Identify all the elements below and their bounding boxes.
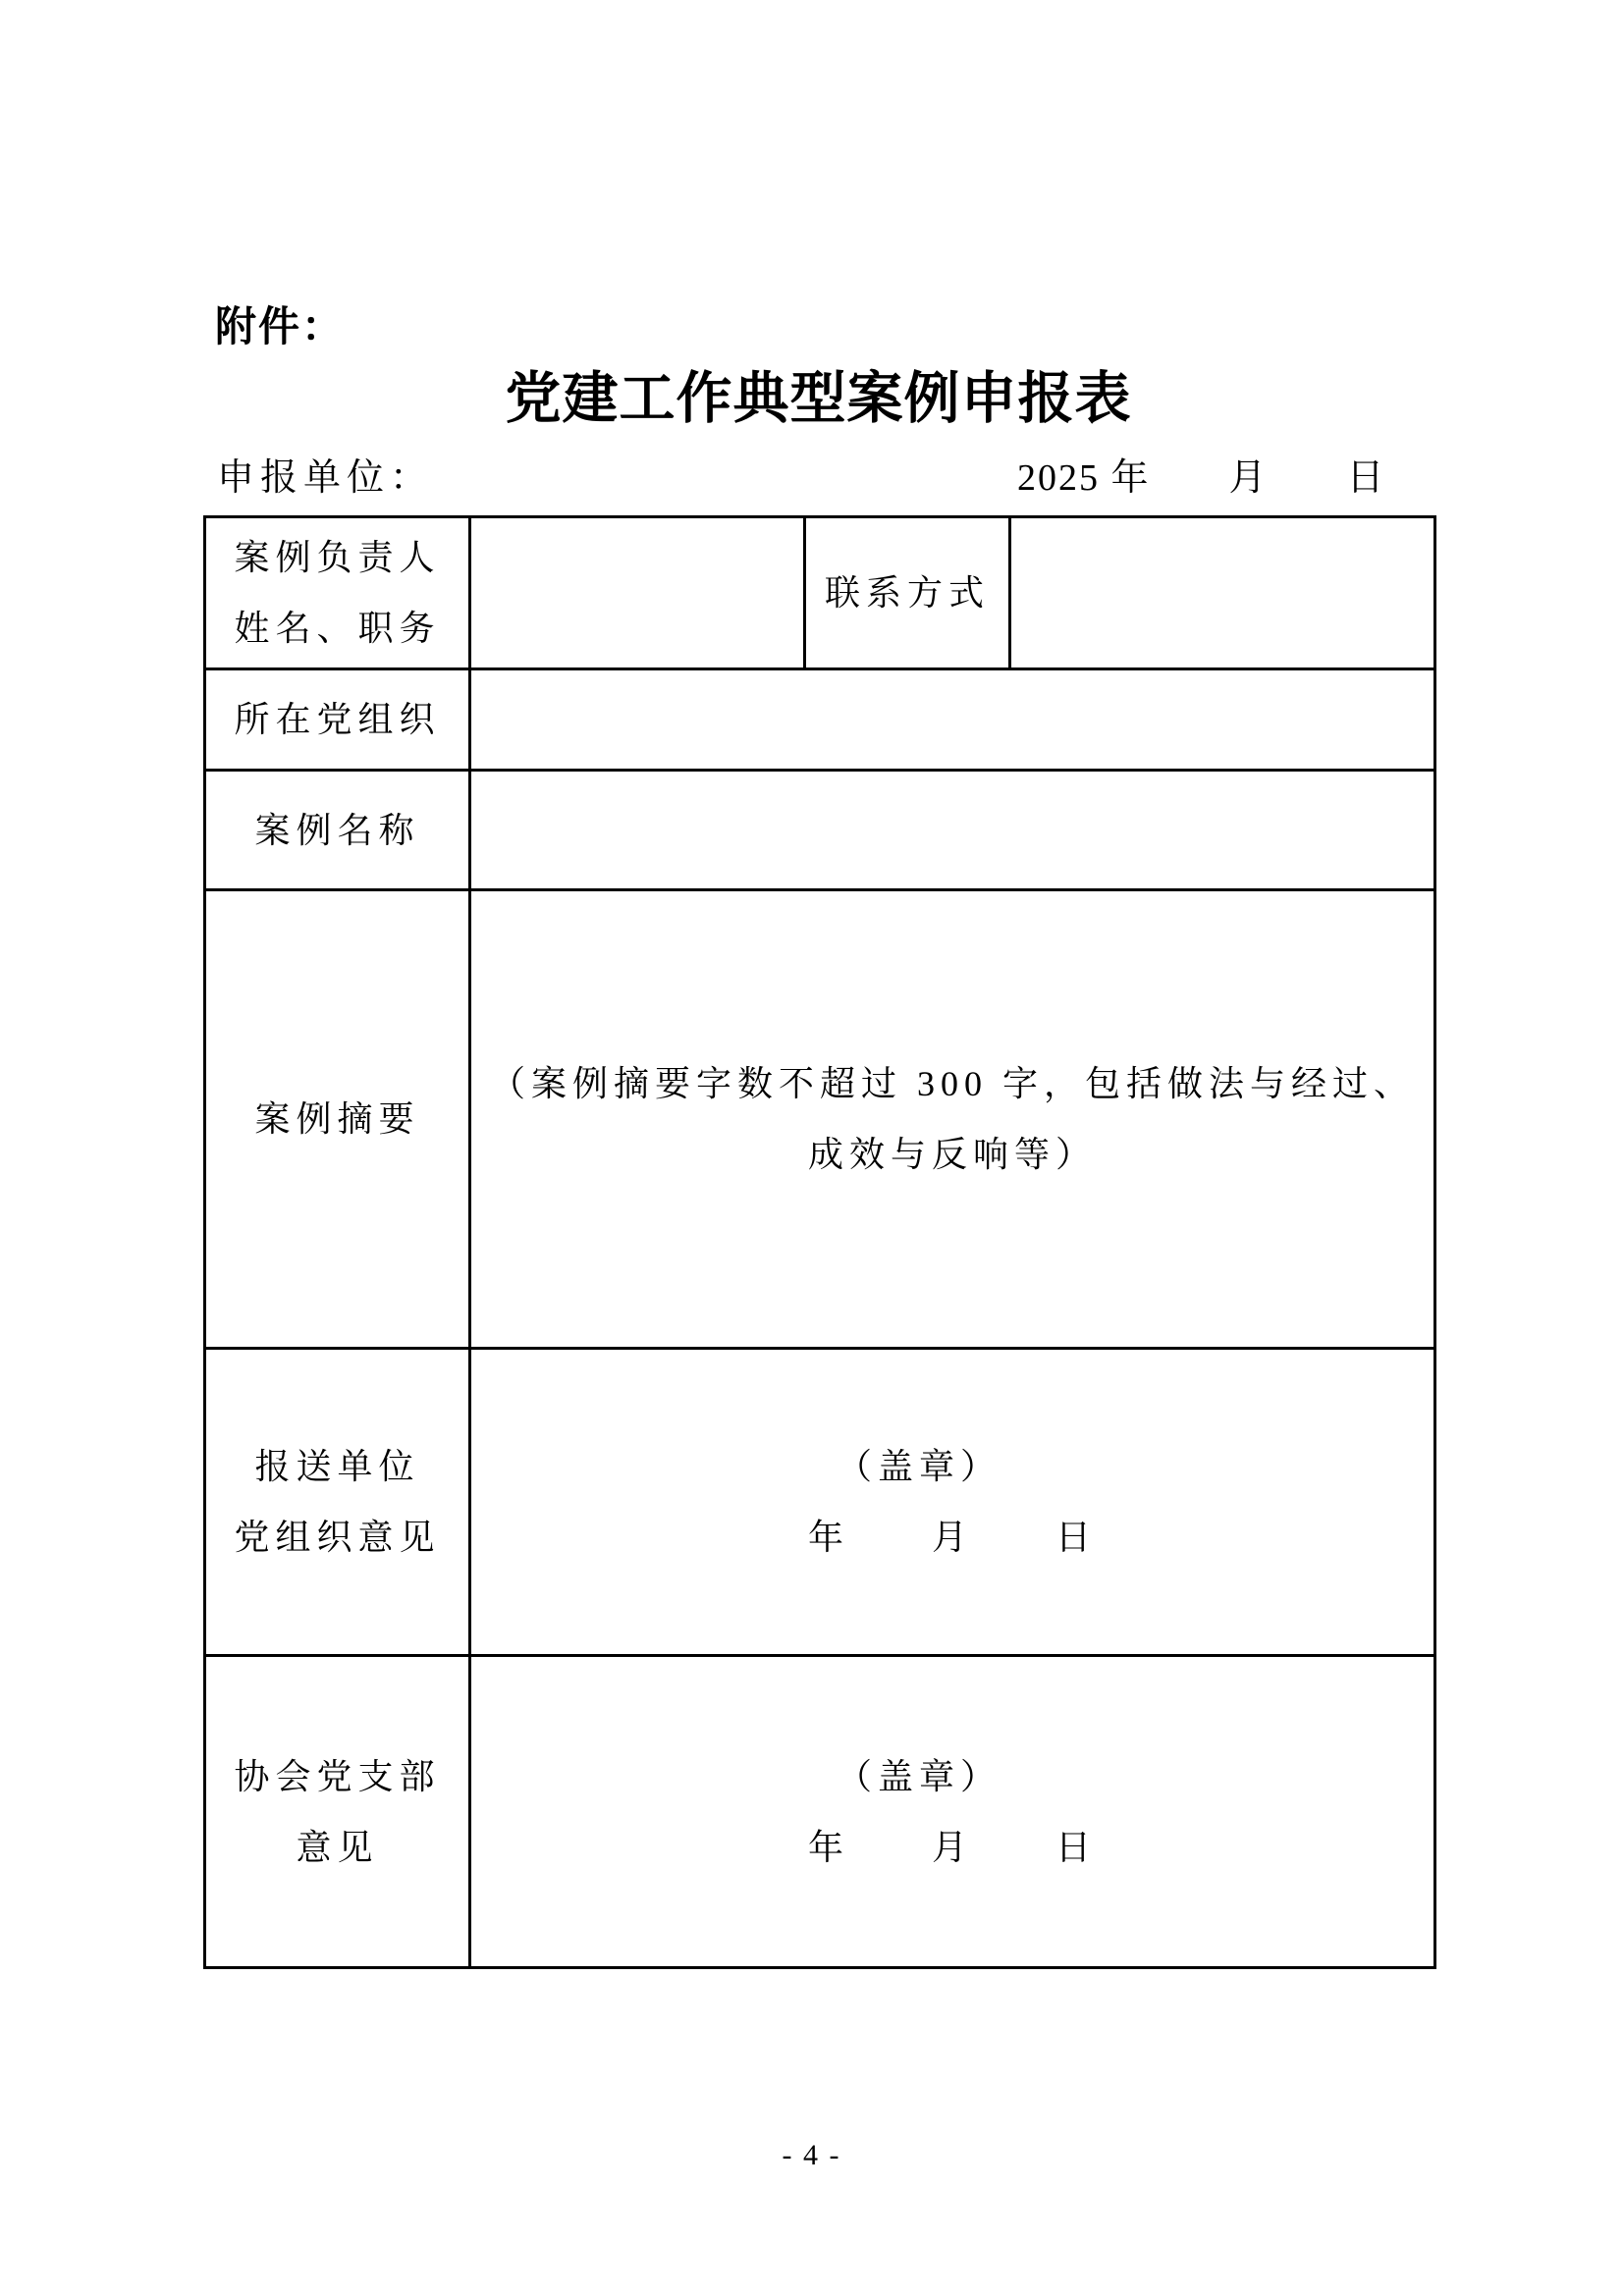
table-row-association-branch-opinion: 协会党支部 意见 （盖章） 年 月 日 [205, 1656, 1435, 1968]
submitting-org-opinion-label-line1: 报送单位 [206, 1431, 468, 1502]
association-branch-opinion-label: 协会党支部 意见 [205, 1656, 470, 1968]
contact-label: 联系方式 [805, 517, 1010, 669]
party-organization-label: 所在党组织 [205, 669, 470, 771]
case-summary-note-line2: 成效与反响等） [471, 1119, 1434, 1190]
association-branch-date-blank: 年 月 日 [471, 1812, 1434, 1883]
submitting-org-date-blank: 年 月 日 [471, 1502, 1434, 1573]
table-row-case-leader: 案例负责人 姓名、职务 联系方式 [205, 517, 1435, 669]
submitting-org-opinion-label-line2: 党组织意见 [206, 1502, 468, 1573]
form-title: 党建工作典型案例申报表 [203, 365, 1434, 432]
association-branch-opinion-label-line2: 意见 [206, 1812, 468, 1883]
application-form-table: 案例负责人 姓名、职务 联系方式 所在党组织 案例名称 案例摘要 （案例摘要字数… [203, 515, 1436, 1969]
case-leader-label: 案例负责人 姓名、职务 [205, 517, 470, 669]
table-row-submitting-org-opinion: 报送单位 党组织意见 （盖章） 年 月 日 [205, 1349, 1435, 1656]
document-page: 附件： 党建工作典型案例申报表 申报单位： 2025 年 月 日 案例负责人 姓… [0, 0, 1623, 2296]
association-branch-opinion-label-line1: 协会党支部 [206, 1741, 468, 1812]
case-summary-input-cell[interactable]: （案例摘要字数不超过 300 字，包括做法与经过、 成效与反响等） [470, 890, 1435, 1349]
table-row-case-summary: 案例摘要 （案例摘要字数不超过 300 字，包括做法与经过、 成效与反响等） [205, 890, 1435, 1349]
case-leader-label-line1: 案例负责人 [206, 522, 468, 593]
submitting-org-opinion-cell[interactable]: （盖章） 年 月 日 [470, 1349, 1435, 1656]
attachment-label: 附件： [215, 302, 345, 351]
association-branch-opinion-cell[interactable]: （盖章） 年 月 日 [470, 1656, 1435, 1968]
contact-value-cell[interactable] [1010, 517, 1435, 669]
case-name-label: 案例名称 [205, 771, 470, 890]
submitting-org-opinion-label: 报送单位 党组织意见 [205, 1349, 470, 1656]
page-number: - 4 - [0, 2138, 1623, 2173]
case-leader-value-cell[interactable] [470, 517, 805, 669]
declaring-unit-label: 申报单位： [217, 455, 433, 503]
case-leader-label-line2: 姓名、职务 [206, 593, 468, 664]
party-organization-value-cell[interactable] [470, 669, 1435, 771]
association-branch-stamp-note: （盖章） [471, 1741, 1434, 1812]
header-date: 2025 年 月 日 [1017, 455, 1386, 503]
submitting-org-stamp-note: （盖章） [471, 1431, 1434, 1502]
table-row-case-name: 案例名称 [205, 771, 1435, 890]
case-summary-label: 案例摘要 [205, 890, 470, 1349]
case-summary-note-line1: （案例摘要字数不超过 300 字，包括做法与经过、 [471, 1048, 1434, 1119]
case-name-value-cell[interactable] [470, 771, 1435, 890]
table-row-party-organization: 所在党组织 [205, 669, 1435, 771]
